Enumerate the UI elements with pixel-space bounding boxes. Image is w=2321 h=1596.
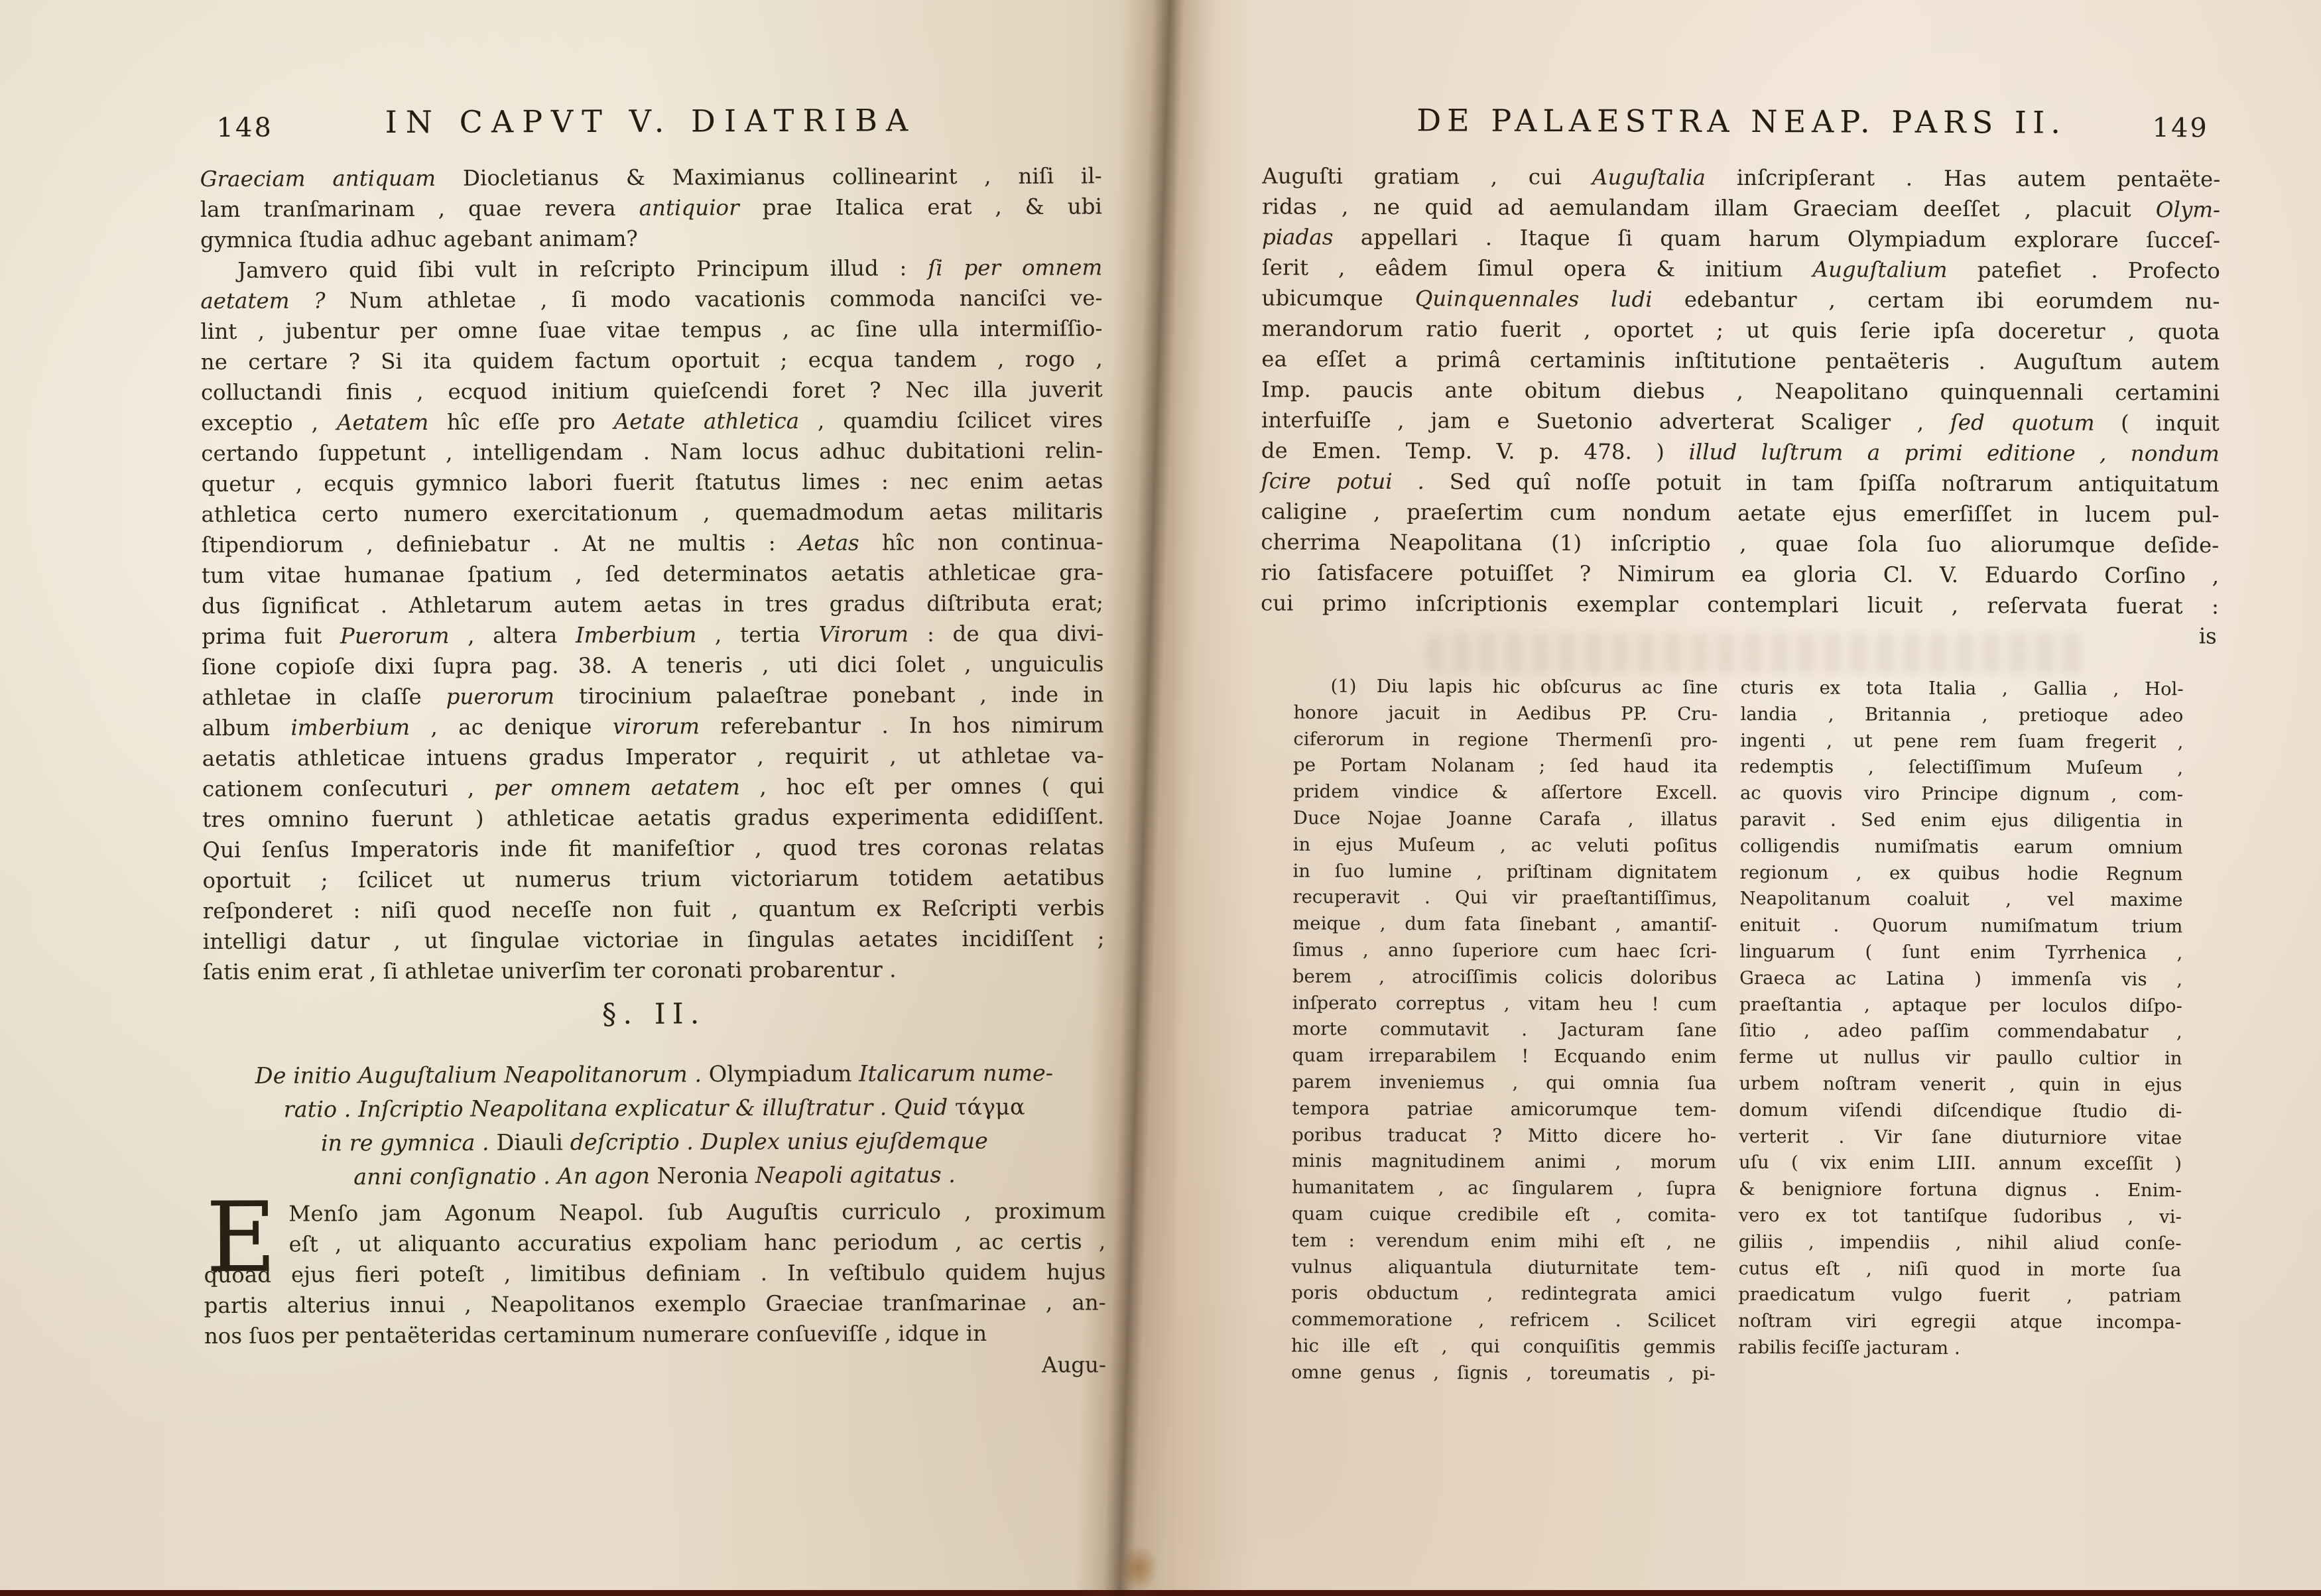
book-photo: 148 IN CAPVT V. DIATRIBA Graeciam antiqu… [0,0,2321,1596]
text-line: ſatis enim erat , ſi athletae univerſim … [203,953,1105,987]
text-line: cutus eſt , niſi quod in morte ſua [1738,1255,2181,1283]
text-line: in ejus Muſeum , ac veluti poſitus [1293,831,1718,859]
text-line: tum vitae humanae ſpatium , ſed determin… [202,557,1103,591]
left-page: 148 IN CAPVT V. DIATRIBA Graeciam antiqu… [0,0,1175,1590]
text-line: ſimus , anno ſuperiore cum haec ſcri- [1292,938,1717,965]
text-line: ratio . Inſcriptio Neapolitana explicatu… [204,1089,1105,1127]
text-line: linguarum ( ſunt enim Tyrrhenica , [1739,939,2182,967]
text-line: tem : verendum enim mihi eſt , ne [1292,1227,1716,1255]
text-line: (1) Diu lapis hic obſcurus ac ſine [1293,674,1718,702]
text-line: hic ille eſt , qui conquiſitis gemmis [1291,1333,1716,1361]
right-page-number: 149 [2152,113,2209,143]
text-line: ciferorum in regione Thermenſi pro- [1293,726,1718,754]
text-line: ubicumque Quinquennales ludi edebantur ,… [1262,282,2220,316]
text-line: exceptio , Aetatem hîc eſſe pro Aetate a… [201,404,1103,438]
text-line: recuperavit . Qui vir praeſtantiſſimus, [1292,885,1717,912]
text-line: Qui ſenſus Imperatoris inde fit manifeſt… [202,831,1104,865]
text-line: ea eſſet a primâ certaminis inſtitutione… [1261,343,2220,377]
text-line: Menſo jam Agonum Neapol. ſub Auguſtis cu… [204,1196,1105,1229]
text-line: cui primo inſcriptionis exemplar contemp… [1261,587,2219,621]
text-line: domum viſendi diſcendique ſtudio di- [1739,1097,2182,1125]
text-line: dus ſignificat . Athletarum autem aetas … [202,587,1103,621]
text-line: piadas appellari . Itaque ſi quam harum … [1262,221,2220,255]
text-line: tres omnino fuerunt ) athleticae aetatis… [202,801,1104,835]
text-line: gymnica ſtudia adhuc agebant animam? [200,221,1102,255]
text-line: merandorum ratio fuerit , oportet ; ut q… [1261,313,2220,347]
text-line: rio ſatisfacere potuiſſet ? Nimirum ea g… [1261,557,2219,591]
text-line: Duce Nojae Joanne Carafa , illatus [1293,806,1718,833]
text-line: cturis ex tota Italia , Gallia , Hol- [1740,675,2183,703]
text-line: reſponderet : niſi quod neceſſe non fuit… [203,892,1105,926]
text-line: interfuiſſe , jam e Suetonio adverterat … [1261,404,2220,438]
text-line: vulnus aliquantula diuturnitate tem- [1291,1254,1716,1282]
text-line: de Emen. Temp. V. p. 478. ) illud luſtru… [1261,435,2220,469]
text-line: Neapolitanum coaluit , vel maxime [1739,886,2182,914]
text-line: parem inveniemus , qui omnia ſua [1292,1070,1716,1097]
text-line: giliis , impendiis , nihil aliud conſe- [1739,1229,2182,1257]
right-running-title: DE PALAESTRA NEAP. PARS II. [1262,101,2220,141]
footnote-column-1: (1) Diu lapis hic obſcurus ac ſinehonore… [1291,674,1718,1388]
text-line: De initio Auguſtalium Neapolitanorum . O… [203,1056,1105,1093]
text-line: athletae in claſſe puerorum tirocinium p… [202,679,1103,713]
text-line: minis magnitudinem animi , morum [1292,1148,1716,1176]
text-line: athletica certo numero exercitationum , … [201,496,1103,530]
text-line: & benigniore fortuna dignus . Enim- [1739,1176,2182,1204]
text-line: landia , Britannia , pretioque adeo [1740,702,2183,729]
text-line: ferme ut nullus vir paullo cultior in [1739,1044,2182,1072]
text-line: regionum , ex quibus hodie Regnum [1740,860,2183,888]
text-line: quoad ejus fieri poteſt , limitibus defi… [204,1257,1105,1290]
text-line: humanitatem , ac ſingularem , ſupra [1292,1175,1716,1203]
text-line: berem , atrociſſimis colicis doloribus [1292,963,1717,991]
right-body: Auguſti gratiam , cui Auguſtalia inſcrip… [1261,160,2220,621]
text-line: partis alterius innui , Neapolitanos exe… [204,1287,1106,1321]
text-line: ſione copioſe dixi ſupra pag. 38. A tene… [202,648,1103,682]
text-line: aetatis athleticae intuens gradus Impera… [202,740,1104,774]
text-line: aetatem ? Num athletae , ſi modo vacatio… [200,282,1102,316]
section-summary: De initio Auguſtalium Neapolitanorum . O… [203,1056,1105,1194]
text-line: vero ex tot tantiſque ſudoribus , vi- [1739,1203,2182,1231]
footnote-column-2: cturis ex tota Italia , Gallia , Hol-lan… [1738,675,2184,1363]
text-line: quetur , ecquis gymnico labori fuerit ſt… [201,465,1103,499]
text-line: tempora patriae amicorumque tem- [1292,1095,1716,1123]
left-paragraph-1: Graeciam antiquam Diocletianus & Maximia… [200,160,1102,255]
text-line: paravit . Sed enim ejus diligentia in [1740,807,2183,835]
left-page-content: 148 IN CAPVT V. DIATRIBA Graeciam antiqu… [0,0,1175,1590]
text-line: noſtram viri egregii atque incompa- [1738,1308,2181,1336]
text-line: ridas , ne quid ad aemulandam illam Grae… [1262,191,2220,225]
text-line: Graeciam antiquam Diocletianus & Maximia… [200,160,1102,194]
text-line: uſu ( vix enim LIII. annum exceſſit ) [1739,1150,2182,1178]
text-line: intelligi datur , ut ſingulae victoriae … [203,923,1105,957]
text-line: pe Portam Nolanam ; ſed haud ita [1293,753,1718,780]
text-line: in ſuo lumine , priſtinam dignitatem [1293,858,1718,886]
text-line: colligendis numiſmatis earum omnium [1740,833,2183,861]
text-line: ac quovis viro Principe dignum , com- [1740,780,2183,808]
text-line: oportuit ; ſcilicet ut numerus trium vic… [202,862,1104,896]
text-line: meique , dum fata ſinebant , amantiſ- [1292,911,1717,939]
text-line: inſperato correptus , vitam heu ! cum [1292,990,1717,1018]
text-line: quam cuique credibile eſt , comita- [1292,1201,1716,1229]
text-line: caligine , praeſertim cum nondum aetate … [1261,496,2219,530]
text-line: nos ſuos per pentaëteridas certaminum nu… [204,1318,1106,1351]
left-paragraph-2: Jamvero quid ſibi vult in reſcripto Prin… [200,252,1105,987]
text-line: commemoratione , refricem . Scilicet [1291,1307,1716,1335]
text-line: lint , jubentur per omne ſuae vitae temp… [200,313,1102,347]
left-running-title: IN CAPVT V. DIATRIBA [200,101,1101,141]
text-line: cationem conſecuturi , per omnem aetatem… [202,770,1104,804]
text-line: Jamvero quid ſibi vult in reſcripto Prin… [200,252,1102,286]
text-line: ne certare ? Si ita quidem factum oportu… [201,343,1103,377]
text-line: honore jacuit in Aedibus PP. Cru- [1293,700,1718,727]
text-line: certando ſuppetunt , intelligendam . Nam… [201,435,1103,469]
text-line: in re gymnica . Diauli deſcriptio . Dupl… [204,1123,1105,1160]
text-line: Graeca ac Latina ) immenſa vis , [1739,965,2182,993]
text-line: anni conſignatio . An agon Neronia Neapo… [204,1157,1105,1194]
text-line: album imberbium , ac denique virorum ref… [202,709,1104,743]
gutter-stain [1118,1545,1159,1591]
text-line: enituit . Quorum numiſmatum trium [1739,912,2182,940]
text-line: eſt , ut aliquanto accuratius expoliam h… [204,1226,1105,1260]
text-line: prima fuit Puerorum , altera Imberbium ,… [202,618,1103,652]
text-line: lam tranſmarinam , quae revera antiquior… [200,191,1102,225]
text-line: pridem vindice & aſſertore Excell. [1293,779,1718,807]
right-page-content: DE PALAESTRA NEAP. PARS II. 149 Auguſti … [1175,0,2321,1590]
text-line: urbem noſtram venerit , quin in ejus [1739,1071,2182,1099]
text-line: morte commutavit . Jacturam ſane [1292,1016,1717,1044]
text-line: ingenti , ut pene rem ſuam fregerit , [1740,728,2183,756]
right-page: DE PALAESTRA NEAP. PARS II. 149 Auguſti … [1175,0,2321,1590]
text-line: Auguſti gratiam , cui Auguſtalia inſcrip… [1262,160,2220,194]
text-line: praedicatum vulgo fuerit , patriam [1738,1282,2181,1310]
text-line: Imp. paucis ante obitum diebus , Neapoli… [1261,374,2220,408]
text-line: poribus traducat ? Mitto dicere ho- [1292,1122,1716,1150]
left-paragraph-3: Menſo jam Agonum Neapol. ſub Auguſtis cu… [204,1196,1106,1351]
page-bleedthrough-smudge [1426,633,2089,673]
text-line: ſerit , eâdem ſimul opera & initium Augu… [1262,252,2220,286]
text-line: ſcire potui . Sed quî noſſe potuit in ta… [1261,465,2220,499]
text-line: praeſtantia , aptaque per loculos diſpo- [1739,992,2182,1020]
text-line: colluctandi finis , ecquod initium quieſ… [201,374,1103,408]
text-line: redemptis , ſelectiſſimum Muſeum , [1740,754,2183,782]
text-line: rabilis feciſſe jacturam . [1738,1335,2181,1363]
text-line: poris obductum , redintegrata amici [1291,1280,1716,1308]
text-line: ſitio , adeo paſſim commendabatur , [1739,1018,2182,1046]
text-line: cherrima Neapolitana (1) inſcriptio , qu… [1261,526,2219,560]
text-line: ſtipendiorum , definiebatur . At ne mult… [202,526,1103,560]
section-heading: §. II. [203,996,1105,1032]
right-catchword: is [2084,623,2217,649]
text-line: quam irreparabilem ! Ecquando enim [1292,1043,1717,1071]
text-line: omne genus , ſignis , toreumatis , pi- [1291,1359,1716,1387]
text-line: verterit . Vir ſane diuturniore vitae [1739,1124,2182,1152]
